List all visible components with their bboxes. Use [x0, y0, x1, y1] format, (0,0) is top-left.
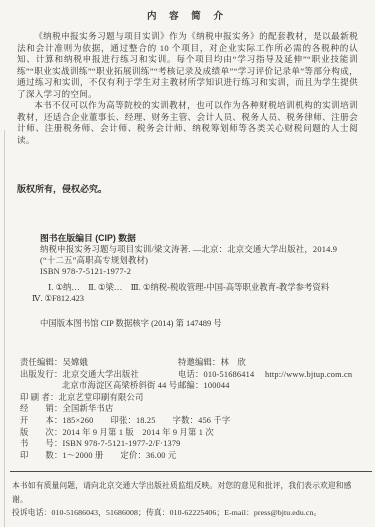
cip-title-line: 纳税申报实务习题与项目实训/梁文涛著. —北京：北京交通大学出版社，2014.9 [40, 244, 355, 255]
summary-paragraph-2: 本书不仅可以作为高等院校的实训教材，也可以作为各种财税培训机构的实训培训教材，还… [17, 100, 358, 146]
colophon-row-format: 开 本：185×260 印张：18.25 字数：456 千字 [20, 415, 365, 427]
colophon-row-book-number: 书 号：ISBN 978-7-5121-1977-2/F·1379 [20, 438, 365, 450]
book-copyright-page: 内 容 简 介 《纳税申报实务习题与项目实训》作为《纳税申报实务》的配套教材，是… [0, 0, 375, 527]
quality-notice-block: 本书如有质量问题，请向北京交通大学出版社质监组反映。对您的意见和批评，我们表示欢… [12, 479, 363, 520]
colophon-block: 责任编辑：吴嫦娥 特邀编辑：林 欣 出版发行：北京交通大学出版社 电话：010-… [20, 357, 365, 461]
colophon-row-address: 北京市海淀区高梁桥斜街 44 号 邮编：100044 [20, 380, 365, 392]
scan-edge-line [4, 130, 5, 527]
colophon-row-distributor: 经 销：全国新华书店 [20, 403, 365, 415]
cip-block: 图书在版编目 (CIP) 数据 纳税申报实务习题与项目实训/梁文涛著. —北京：… [40, 231, 355, 329]
cip-classification-line-1: Ⅰ. ①纳… Ⅱ. ①梁… Ⅲ. ①纳税-税收管理-中国-高等职业教育-教学参考… [40, 283, 355, 294]
colophon-row-printer: 印 刷 者：北京艺堂印刷有限公司 [20, 392, 365, 404]
guest-editor: 特邀编辑：林 欣 [178, 357, 265, 369]
publisher-address: 北京市海淀区高梁桥斜街 44 号 [20, 380, 178, 392]
summary-paragraph-1: 《纳税申报实务习题与项目实训》作为《纳税申报实务》的配套教材，是以最新税法和会计… [17, 31, 358, 100]
footer-divider [10, 471, 372, 472]
cip-heading: 图书在版编目 (CIP) 数据 [40, 231, 355, 244]
colophon-row-publisher: 出版发行：北京交通大学出版社 电话：010-51686414 http://ww… [20, 369, 365, 381]
contact-line: 投诉电话：010-51686043，51686008；传真：010-622254… [12, 506, 363, 520]
summary-heading: 内 容 简 介 [0, 8, 375, 22]
quality-notice: 本书如有质量问题，请向北京交通大学出版社质监组反映。对您的意见和批评，我们表示欢… [12, 479, 363, 506]
colophon-row-print-run: 印 数：1～2000 册 定价：36.00 元 [20, 450, 365, 462]
publisher: 出版发行：北京交通大学出版社 [20, 369, 178, 381]
responsible-editor: 责任编辑：吴嫦娥 [20, 357, 178, 369]
publisher-website: http://www.bjtup.com.cn [265, 369, 365, 381]
cip-classification-line-2: Ⅳ. ①F812.423 [32, 294, 355, 305]
colophon-row-editors: 责任编辑：吴嫦娥 特邀编辑：林 欣 [20, 357, 365, 369]
cip-registry-line: 中国版本图书馆 CIP 数据核字 (2014) 第 147489 号 [40, 318, 355, 329]
publisher-phone: 电话：010-51686414 [178, 369, 265, 381]
colophon-row-edition: 版 次：2014 年 9 月第 1 版 2014 年 9 月第 1 次 [20, 427, 365, 439]
publisher-postcode: 邮编：100044 [178, 380, 265, 392]
cip-series-line: (“十二五”高职高专规划教材) [40, 255, 355, 266]
cip-isbn-line: ISBN 978-7-5121-1977-2 [40, 266, 355, 277]
copyright-notice: 版权所有，侵权必究。 [17, 182, 358, 195]
